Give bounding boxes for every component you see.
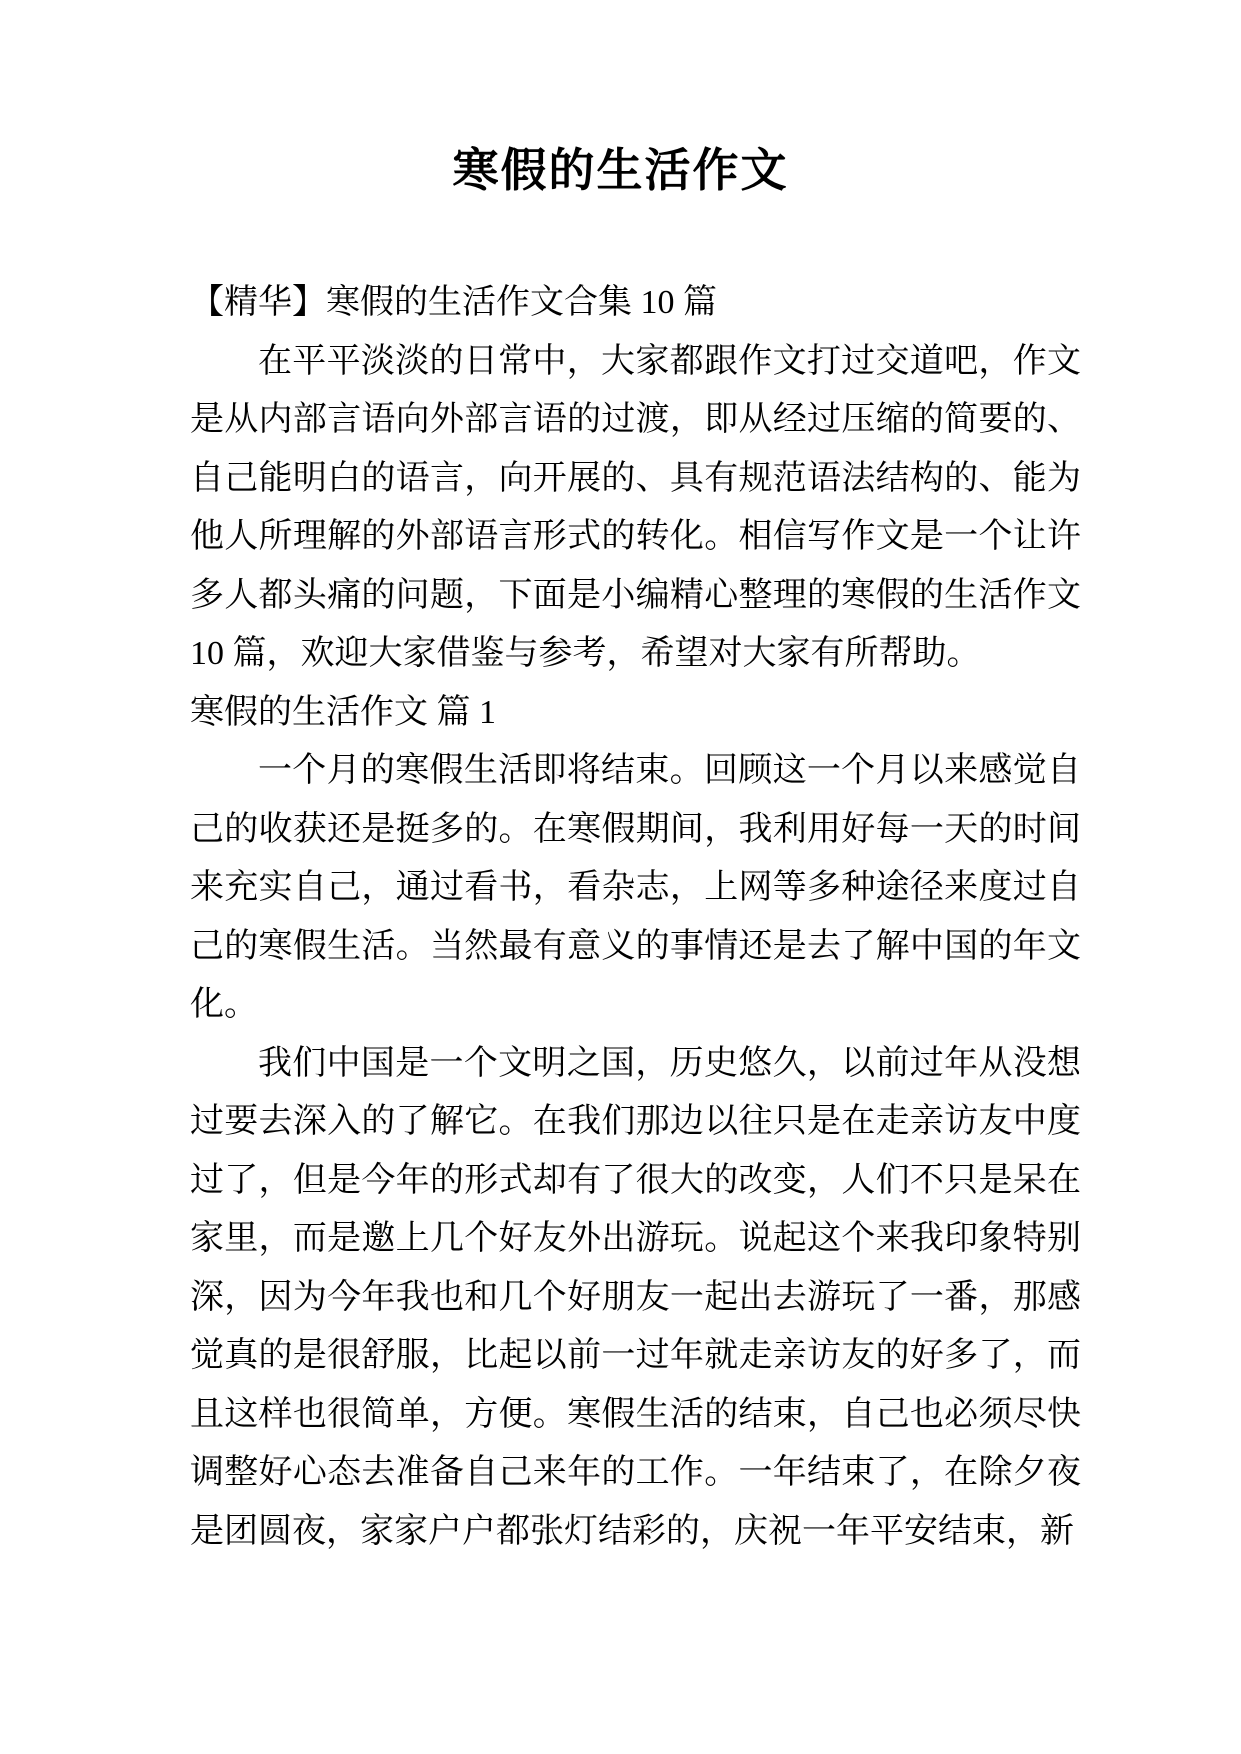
essay-1-heading: 寒假的生活作文 篇 1	[190, 684, 1081, 743]
document-page: 寒假的生活作文 【精华】寒假的生活作文合集 10 篇 在平平淡淡的日常中，大家都…	[0, 0, 1241, 1754]
intro-paragraph: 在平平淡淡的日常中，大家都跟作文打过交道吧，作文是从内部言语向外部言语的过渡，即…	[190, 333, 1081, 684]
essay-1-paragraph-2: 我们中国是一个文明之国，历史悠久，以前过年从没想过要去深入的了解它。在我们那边以…	[190, 1035, 1081, 1562]
document-body: 【精华】寒假的生活作文合集 10 篇 在平平淡淡的日常中，大家都跟作文打过交道吧…	[190, 274, 1081, 1561]
essay-1-paragraph-1: 一个月的寒假生活即将结束。回顾这一个月以来感觉自己的收获还是挺多的。在寒假期间，…	[190, 742, 1081, 1035]
document-title: 寒假的生活作文	[0, 0, 1241, 204]
collection-heading: 【精华】寒假的生活作文合集 10 篇	[190, 274, 1081, 333]
